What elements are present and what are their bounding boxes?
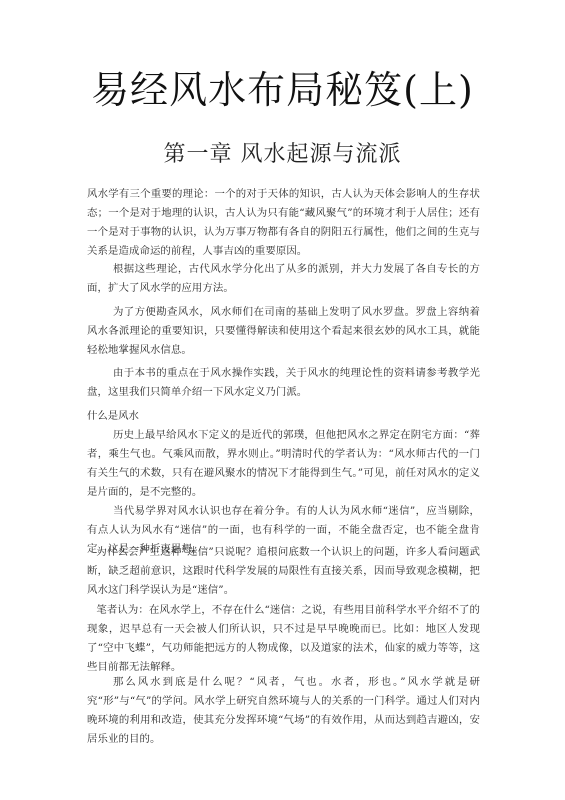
paragraph-compass: 为了方便勘查风水，风水师们在司南的基础上发明了风水罗盘。罗盘上容纳着风水各派理论… <box>87 303 480 360</box>
paragraph-intro: 风水学有三个重要的理论：一个的对于天体的知识，古人认为天体会影响人的生存状态；一… <box>87 185 480 261</box>
paragraph-scope: 由于本书的重点在于风水操作实践，关于风水的纯理论性的资料请参考教学光盘，这里我们… <box>87 364 480 402</box>
chapter-title: 第一章 风水起源与流派 <box>0 140 565 170</box>
document-title: 易经风水布局秘笈(上) <box>0 66 565 114</box>
paragraph-author-opinion: 笔者认为：在风水学上，不存在什么“迷信：之说，有些用目前科学水平介绍不了的现象，… <box>87 601 480 677</box>
document-page: 易经风水布局秘笈(上) 第一章 风水起源与流派 风水学有三个重要的理论：一个的对… <box>0 0 565 800</box>
section-heading: 什么是风水 <box>87 407 139 426</box>
paragraph-schools: 根据这些理论，古代风水学分化出了从多的派别，并大力发展了各自专长的方面，扩大了风… <box>87 260 480 298</box>
paragraph-superstition-origin: 为什么会产生这种“迷信”只说呢？追根问底数一个认识上的问题，许多人看问题武断，缺… <box>87 543 480 600</box>
paragraph-what-is-fengshui: 那么风水到底是什么呢？“风者，气也。水者，形也。”风水学就是研究“形”与“气”的… <box>87 673 480 749</box>
paragraph-definition-history: 历史上最早给风水下定义的是近代的郭璞，但他把风水之界定在阴宅方面：“葬者，乘生气… <box>87 426 480 502</box>
